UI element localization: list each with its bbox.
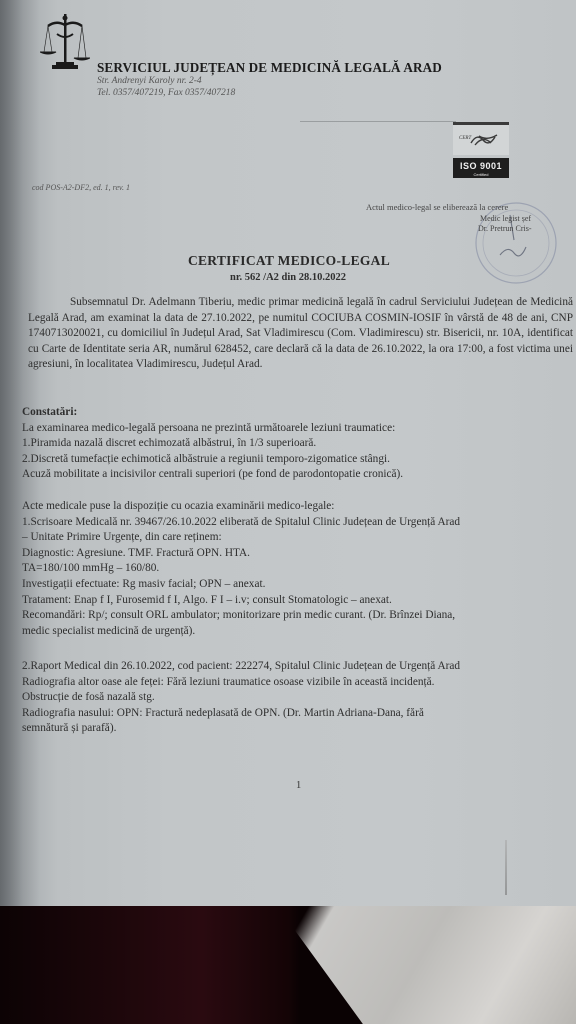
findings-line: 1.Piramida nazală discret echimozată alb… — [22, 436, 576, 452]
findings-line: 2.Discretă tumefacție echimotică albăstr… — [22, 452, 576, 468]
intro-paragraph: Subsemnatul Dr. Adelmann Tiberiu, medic … — [28, 295, 573, 373]
findings-section: Constatări: La examinarea medico-legală … — [22, 405, 576, 483]
report-line: Radiografia nasului: OPN: Fractură nedep… — [22, 706, 576, 722]
report-line: Obstrucție de fosă nazală stg. — [22, 690, 576, 706]
pen-mark — [505, 840, 507, 895]
findings-heading: Constatări: — [22, 405, 576, 421]
medical-documents-line: Diagnostic: Agresiune. TMF. Fractură OPN… — [22, 546, 576, 562]
report-line: 2.Raport Medical din 26.10.2022, cod pac… — [22, 659, 576, 675]
medical-documents-heading: Acte medicale puse la dispoziție cu ocaz… — [22, 499, 576, 515]
report-line: Radiografia altor oase ale feței: Fără l… — [22, 675, 576, 691]
signatory-name: Dr. Pretrun Cris- — [478, 224, 532, 233]
medical-documents-section: Acte medicale puse la dispoziție cu ocaz… — [22, 499, 576, 639]
document-title: CERTIFICAT MEDICO-LEGAL — [0, 253, 576, 269]
medical-documents-line: Investigații efectuate: Rg masiv facial;… — [22, 577, 576, 593]
iso-label: ISO 9001 — [453, 161, 509, 172]
findings-line: La examinarea medico-legală persoana ne … — [22, 421, 576, 437]
medical-documents-line: Recomandări: Rp/; consult ORL ambulator;… — [22, 608, 576, 624]
medical-report-section: 2.Raport Medical din 26.10.2022, cod pac… — [22, 659, 576, 737]
certification-mark: CERT — [453, 122, 509, 155]
signatory-role: Medic legist șef — [480, 214, 531, 223]
iso-9001-badge: ISO 9001 Certified — [453, 158, 509, 178]
form-code: cod POS-A2-DF2, ed. 1, rev. 1 — [32, 183, 130, 192]
scales-of-justice-icon — [40, 12, 90, 72]
organization-address: Str. Andrenyi Karoly nr. 2-4 — [97, 76, 202, 86]
organization-name: SERVICIUL JUDEȚEAN DE MEDICINĂ LEGALĂ AR… — [97, 60, 442, 76]
iso-sublabel: Certified — [453, 172, 509, 177]
issuance-note: Actul medico-legal se eliberează la cere… — [366, 202, 508, 212]
header-divider — [300, 121, 456, 122]
document-number: nr. 562 /A2 din 28.10.2022 — [0, 272, 576, 283]
findings-line: Acuză mobilitate a incisivilor centrali … — [22, 467, 576, 483]
document-page: SERVICIUL JUDEȚEAN DE MEDICINĂ LEGALĂ AR… — [0, 0, 576, 906]
medical-documents-line: TA=180/100 mmHg – 160/80. — [22, 561, 576, 577]
organization-phone-fax: Tel. 0357/407219, Fax 0357/407218 — [97, 88, 235, 98]
certification-swirl-icon — [463, 131, 503, 149]
document-title-text: CERTIFICAT MEDICO-LEGAL — [1, 253, 576, 269]
report-line: semnătură și parafă). — [22, 721, 576, 737]
intro-section: Subsemnatul Dr. Adelmann Tiberiu, medic … — [28, 295, 573, 373]
page-number: 1 — [296, 780, 301, 791]
medical-documents-line: Tratament: Enap f I, Furosemid f I, Algo… — [22, 593, 576, 609]
medical-documents-line: medic specialist medicină de urgență). — [22, 624, 576, 640]
medical-documents-line: – Unitate Primire Urgențe, din care reți… — [22, 530, 576, 546]
medical-documents-line: 1.Scrisoare Medicală nr. 39467/26.10.202… — [22, 515, 576, 531]
